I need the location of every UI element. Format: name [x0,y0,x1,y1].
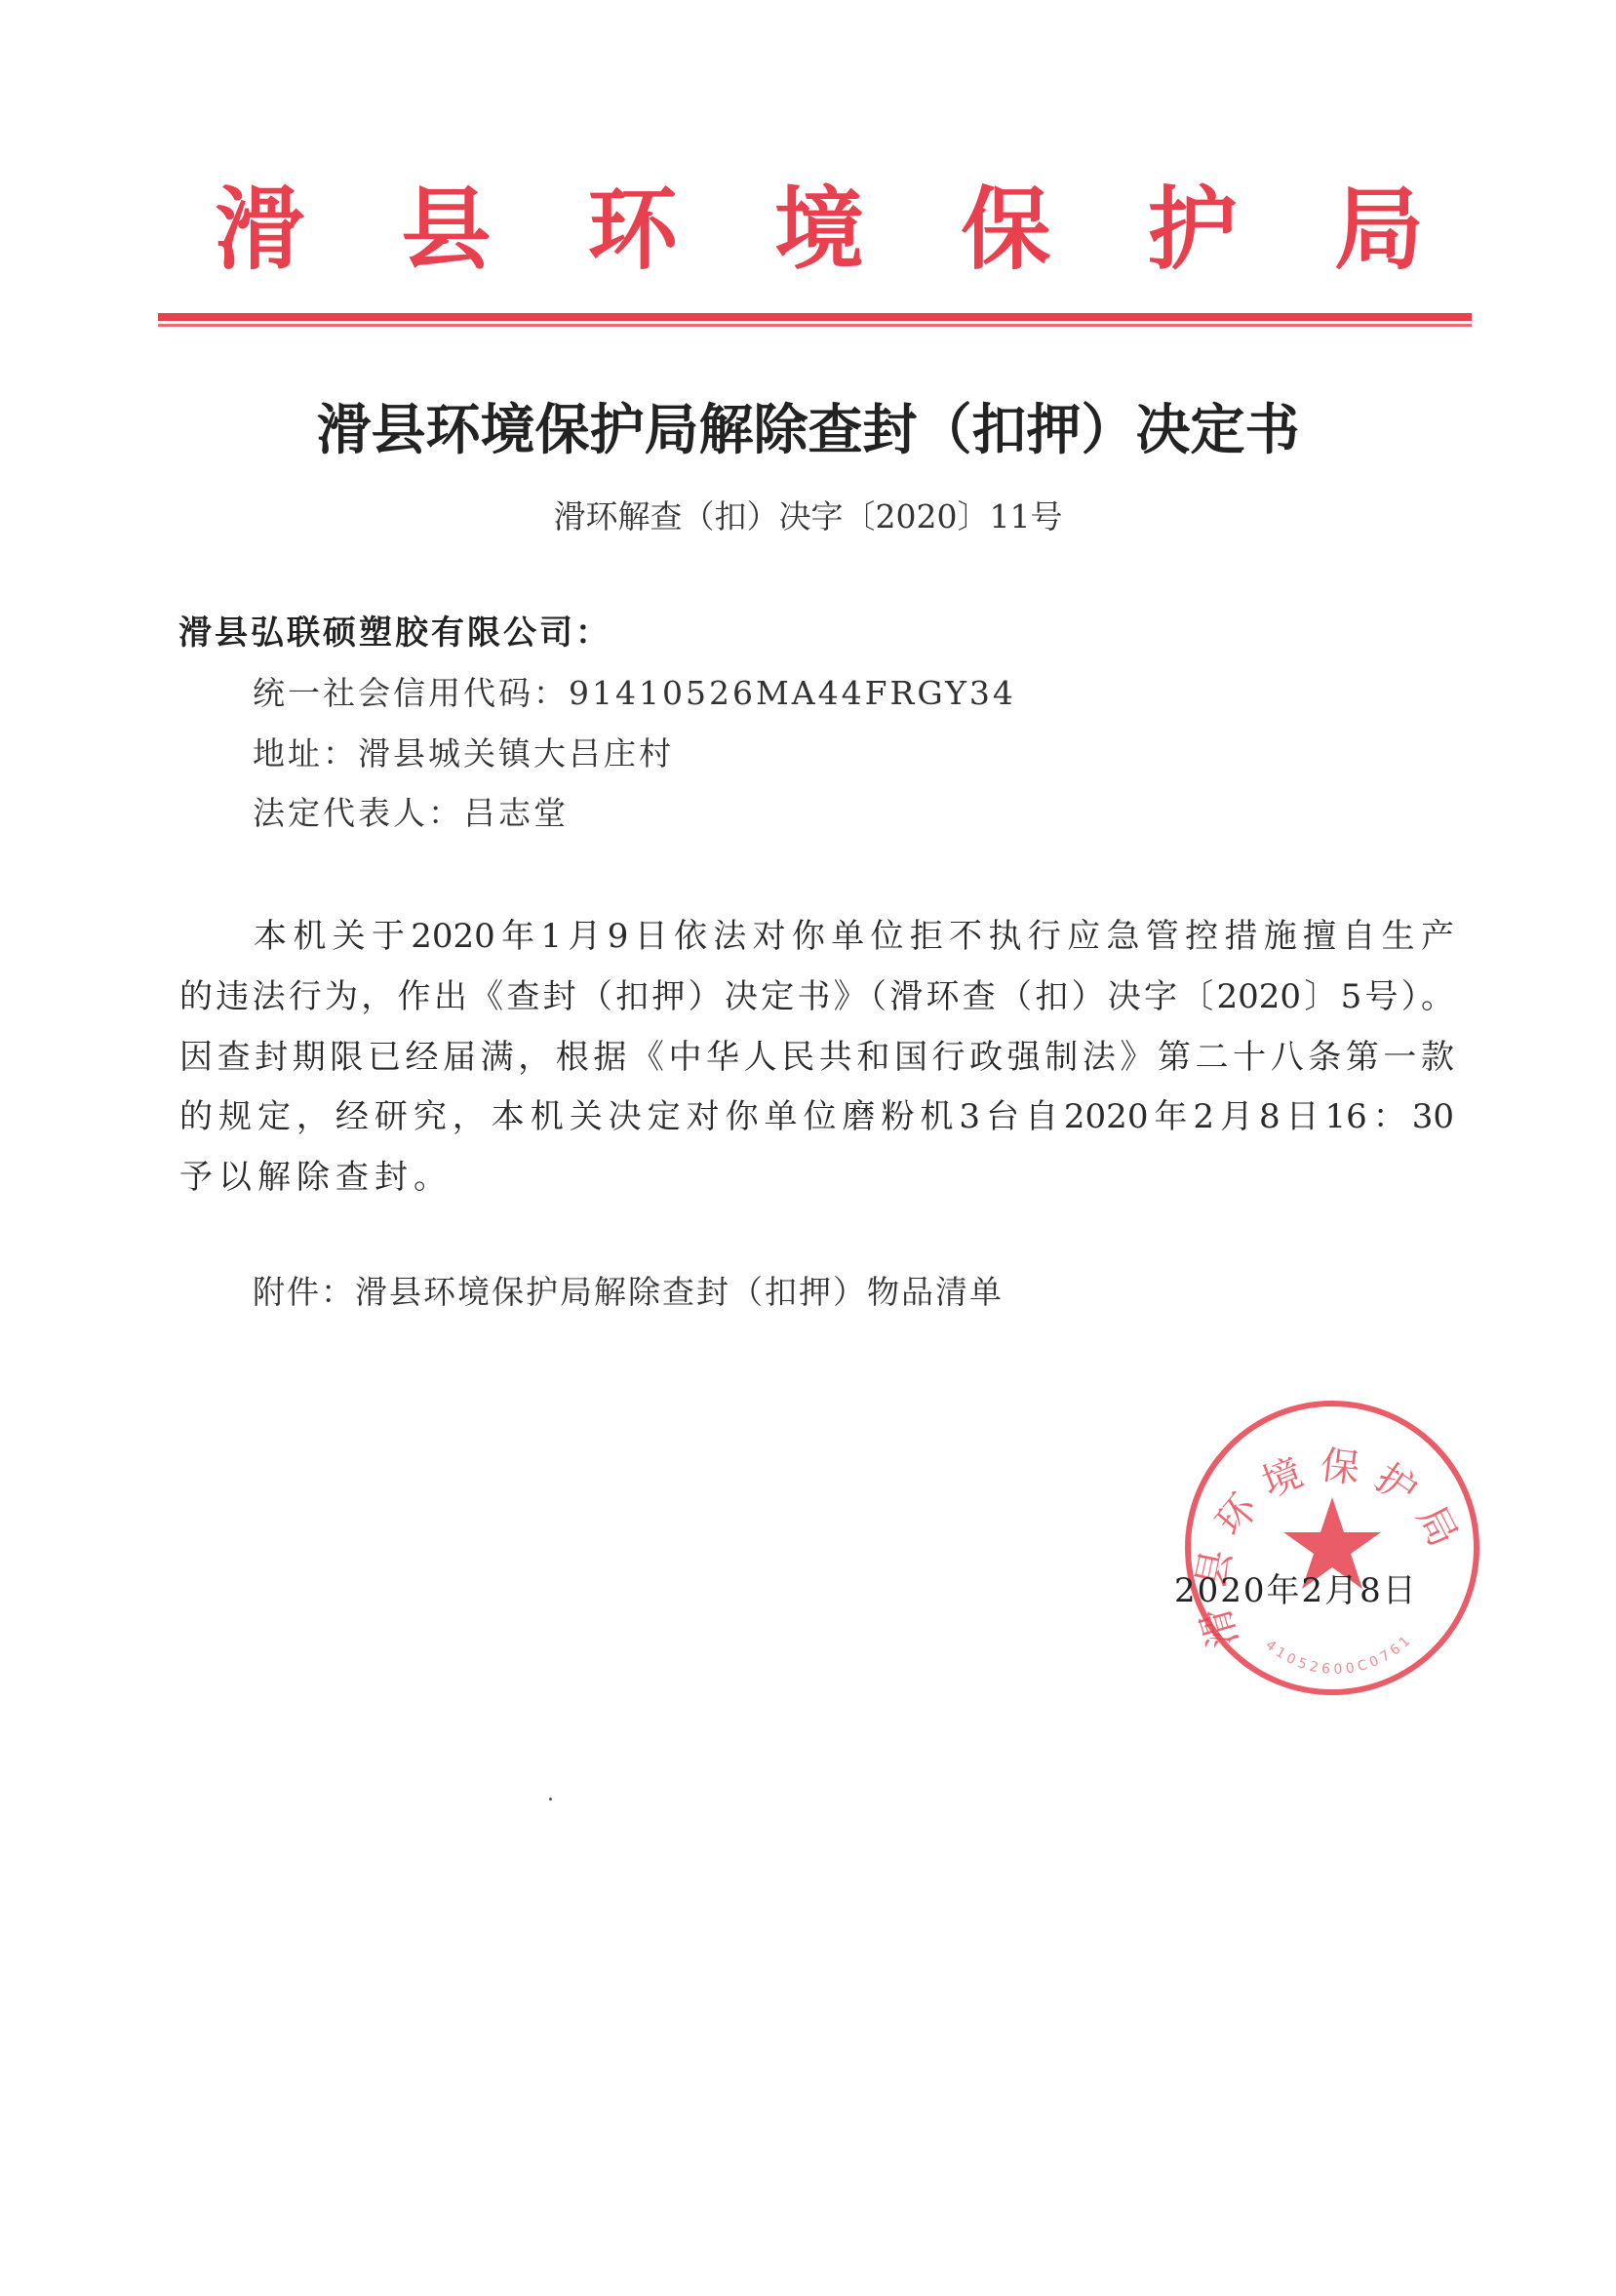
letterhead-char: 县 [401,176,491,283]
scan-speck [549,1798,552,1801]
body-line: 的规定，经研究，本机关决定对你单位磨粉机3台自2020年2月8日16：30 [179,1088,1454,1148]
letterhead-char: 滑 [215,176,304,283]
letterhead-char: 保 [961,176,1050,283]
addressee: 滑县弘联硕塑胶有限公司： [178,611,611,655]
body-line: 予以解除查封。 [179,1148,1454,1208]
letterhead: 滑 县 环 境 保 护 局 [215,176,1424,283]
letterhead-char: 环 [588,176,678,283]
address: 地址：滑县城关镇大吕庄村 [253,732,674,776]
document-title: 滑县环境保护局解除查封（扣押）决定书 [0,398,1616,462]
issue-date: 2020年2月8日 [1174,1568,1418,1613]
seal-icon: 滑县环境保护局 41052600C0761 [1182,1398,1482,1698]
decision-body: 本机关于2020年1月9日依法对你单位拒不执行应急管控措施擅自生产 的违法行为，… [179,907,1454,1208]
letterhead-divider-thin [158,324,1472,327]
credit-code: 统一社会信用代码：91410526MA44FRGY34 [253,671,1016,716]
svg-text:41052600C0761: 41052600C0761 [1262,1631,1416,1678]
letterhead-char: 护 [1148,176,1238,283]
document-number: 滑环解查（扣）决字〔2020〕11号 [0,495,1616,538]
letterhead-char: 境 [774,176,864,283]
letterhead-divider-thick [158,313,1472,321]
letterhead-char: 局 [1334,176,1424,283]
official-seal: 滑县环境保护局 41052600C0761 [1182,1398,1482,1698]
attachment-note: 附件：滑县环境保护局解除查封（扣押）物品清单 [253,1270,1004,1315]
body-line: 因查封期限已经届满，根据《中华人民共和国行政强制法》第二十八条第一款 [179,1028,1454,1089]
legal-representative: 法定代表人：吕志堂 [253,791,569,836]
body-line: 本机关于2020年1月9日依法对你单位拒不执行应急管控措施擅自生产 [179,907,1454,968]
body-line: 的违法行为，作出《查封（扣押）决定书》（滑环查（扣）决字〔2020〕5号）。 [179,968,1454,1028]
